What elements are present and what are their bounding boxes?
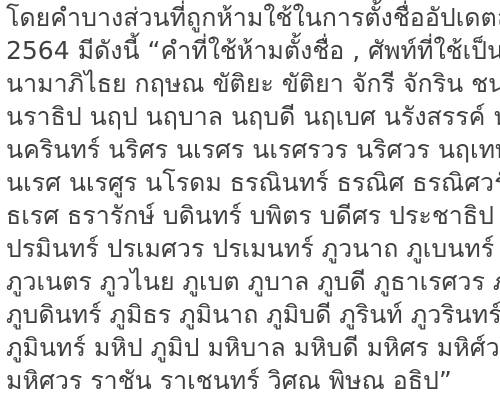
- text-line: 2564 มีดังนี้ “คำที่ใช้ห้ามตั้งชื่อ , ศั…: [6, 34, 500, 67]
- text-line: โดยคำบางส่วนที่ถูกห้ามใช้ในการตั้งชื่ออั…: [6, 1, 500, 34]
- text-line: ปรมินทร์ ปรเมศวร ปรเมนทร์ ภูวนาถ ภูเบนทร…: [6, 232, 500, 265]
- text-line: นครินทร์ นริศร นเรศร นเรศรวร นริศวร นฤเท…: [6, 133, 500, 166]
- text-line: นามาภิไธย กฤษณ ขัติยะ ขัติยา จักรี จักริ…: [6, 67, 500, 100]
- text-line: ธเรศ ธรารักษ์ บดินทร์ บพิตร บดีศร ประชาธ…: [6, 199, 500, 232]
- text-line: ภูบดินทร์ ภูมิธร ภูมินาถ ภูมิบดี ภูรินท์…: [6, 298, 500, 331]
- text-line: นราธิป นฤป นฤบาล นฤบดี นฤเบศ นรังสรรค์ น…: [6, 100, 500, 133]
- text-line: นเรศ นเรศูร นโรดม ธรณินทร์ ธรณิศ ธรณิศวร…: [6, 166, 500, 199]
- article-text-block: โดยคำบางส่วนที่ถูกห้ามใช้ในการตั้งชื่ออั…: [0, 0, 500, 399]
- text-line: มหิศวร ราชัน ราเชนทร์ วิศณ พิษณ อธิป”: [6, 364, 500, 397]
- text-line: ภูมินทร์ มหิป ภูมิป มหิบาล มหิบดี มหิศร …: [6, 331, 500, 364]
- text-line: ภูวเนตร ภูวไนย ภูเบต ภูบาล ภูบดี ภูธาเรศ…: [6, 265, 500, 298]
